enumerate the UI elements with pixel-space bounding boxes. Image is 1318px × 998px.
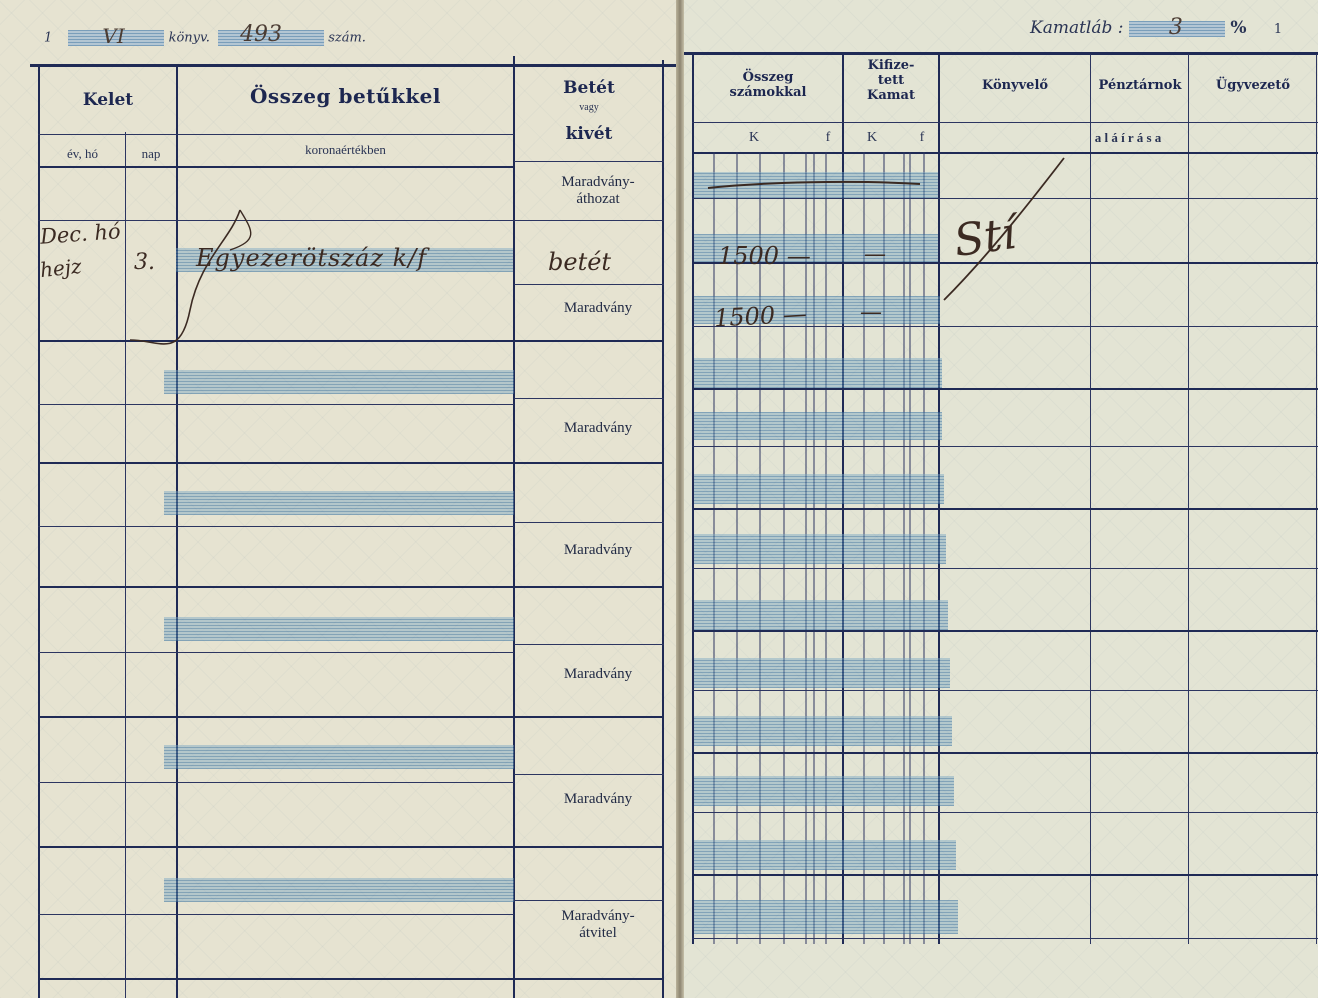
header-kivet: kivét (515, 124, 663, 144)
entry-type: betét (548, 248, 611, 276)
row-border (514, 644, 664, 645)
book-number-value: 493 (240, 22, 282, 47)
right-border (1316, 54, 1317, 944)
row-border (38, 652, 514, 653)
amount-stripe (164, 745, 514, 769)
book-spine (676, 0, 684, 998)
amount-stripe (694, 716, 952, 746)
row-label-maradvany: Maradvány (517, 666, 678, 683)
entry-year: hejz (39, 254, 83, 282)
book-series-field: VI (68, 30, 164, 46)
header-alairasa: a l á í r á s a (940, 130, 1316, 146)
interest-header-line: Kamatláb : 3 % 1 (1030, 18, 1282, 38)
row-border (692, 874, 1318, 876)
amount-stripe (694, 474, 944, 504)
amount-stripe (164, 491, 514, 515)
header-ugyvezeto: Ügyvezető (1190, 78, 1316, 93)
entry-month: Dec. hó (39, 219, 121, 249)
header-betet: Betét (515, 78, 663, 98)
percent-sign: % (1230, 18, 1246, 38)
header-f2: f (906, 130, 938, 146)
row-border (38, 526, 514, 527)
amount-stripe (694, 534, 946, 564)
row-border (38, 846, 664, 848)
row-label-maradvany: Maradvány (517, 300, 678, 317)
number-label: szám. (328, 31, 366, 46)
header-osszeg-szamokkal: Összeg számokkal (694, 70, 842, 100)
table-top-border (684, 52, 1318, 55)
amount-stripe (164, 878, 514, 902)
amount-entry-1-dash: — (864, 242, 886, 267)
header-nap: nap (126, 146, 176, 162)
carry-over-dash (704, 176, 924, 196)
row-border (692, 938, 1318, 939)
row-label-maradvany: Maradvány (517, 542, 678, 559)
header-koronaertekben: koronaértékben (178, 142, 513, 158)
row-border (514, 774, 664, 775)
amount-entry-2: 1500 — (713, 300, 807, 333)
interest-label: Kamatláb : (1030, 18, 1124, 38)
amount-stripe (694, 358, 942, 388)
left-page: 1 VI könyv. 493 szám. Kelet Összeg betűk… (0, 0, 678, 998)
row-border (38, 978, 664, 980)
amount-stripe (694, 776, 954, 806)
row-border (692, 388, 1318, 390)
book-label: könyv. (169, 31, 210, 46)
row-border (38, 716, 664, 718)
header-k2: K (844, 130, 900, 146)
row-border (692, 508, 1318, 510)
header-k: K (694, 130, 814, 146)
row-label-maradvany-athozat: Maradvány- áthozat (517, 174, 678, 208)
header-sub-border (692, 122, 1318, 123)
right-page: Kamatláb : 3 % 1 Összeg számokkal Kifize… (684, 0, 1318, 998)
amount-entry-2-dash: — (860, 300, 882, 325)
table-top-border (30, 64, 676, 67)
header-ev-ho: év, hó (40, 146, 125, 162)
row-border (38, 462, 664, 464)
row-border (514, 522, 664, 523)
header-f: f (814, 130, 842, 146)
row-border (38, 404, 514, 405)
row-border (38, 782, 514, 783)
betet-divider (513, 56, 515, 998)
left-border (38, 66, 40, 998)
amount-stripe (694, 658, 950, 688)
page-marker: 1 (1274, 22, 1282, 37)
amount-entry-1: 1500 — (718, 242, 811, 270)
row-border (514, 284, 664, 285)
header-kifizetett-kamat: Kifize- tett Kamat (844, 58, 938, 103)
header-bottom-border (38, 166, 514, 168)
betet-header-border (514, 161, 664, 162)
header-penztarnok: Pénztárnok (1092, 78, 1188, 93)
penztarnok-divider (1188, 54, 1189, 944)
row-border (514, 900, 664, 901)
row-border (692, 568, 1318, 569)
row-border (692, 690, 1318, 691)
konyvelo-divider (1090, 54, 1091, 944)
header-vagy: vagy (515, 102, 663, 113)
row-border (38, 914, 514, 915)
book-header-line: 1 VI könyv. 493 szám. (44, 30, 366, 46)
row-border (514, 398, 664, 399)
header-sub-border (38, 134, 514, 135)
interest-rate-value: 3 (1169, 15, 1183, 40)
signature-stroke (924, 150, 1084, 310)
row-label-maradvany: Maradvány (517, 420, 678, 437)
row-label-maradvany-atvitel: Maradvány- átvitel (517, 908, 678, 942)
header-osszeg-betukkel: Összeg betűkkel (178, 84, 513, 108)
row-border (692, 446, 1318, 447)
amount-stripe (694, 412, 942, 440)
interest-rate-field: 3 (1129, 21, 1225, 37)
amount-stripe (694, 600, 948, 630)
amount-stripe (164, 370, 514, 394)
book-series-value: VI (102, 24, 124, 48)
row-border (692, 752, 1318, 754)
flourish-stroke (120, 200, 260, 350)
amount-stripe (694, 840, 956, 870)
book-number-field: 493 (218, 30, 324, 46)
header-kelet: Kelet (40, 90, 176, 110)
row-border (38, 586, 664, 588)
row-border (692, 812, 1318, 813)
amount-stripe (694, 900, 958, 934)
header-konyvelo: Könyvelő (940, 78, 1090, 93)
row-label-maradvany: Maradvány (517, 791, 678, 808)
amount-stripe (164, 617, 514, 641)
page-marker: 1 (44, 31, 52, 46)
row-border (692, 630, 1318, 632)
